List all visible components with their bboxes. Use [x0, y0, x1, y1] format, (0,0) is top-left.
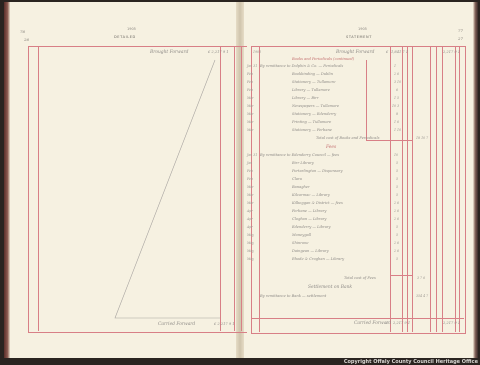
row-amount: 3 10 — [394, 80, 401, 84]
copyright-watermark: Copyright Offaly County Council Heritage… — [344, 359, 478, 365]
row-date: Feb — [247, 80, 253, 84]
row-amount: 1 — [394, 64, 396, 68]
row-amount: 5 — [396, 225, 398, 229]
subtotal-amount: 3 7 6 — [417, 276, 425, 280]
column-line — [407, 46, 408, 332]
row-desc: Stationery — Ferbane — [292, 128, 332, 132]
row-amount: 2 6 — [394, 217, 399, 221]
column-line — [442, 46, 443, 332]
row-amount: 1 10 — [394, 128, 401, 132]
row-date: Jan — [247, 161, 252, 165]
row-amount: 5 — [396, 161, 398, 165]
total-rule — [251, 318, 464, 319]
carried-forward-total: 2,217 9 1 — [443, 321, 460, 325]
column-line — [459, 46, 460, 332]
row-desc: Newspapers — Tullamore — [292, 104, 339, 108]
subtotal-box-line — [366, 60, 367, 140]
page-number: 77 — [458, 28, 463, 33]
column-line — [412, 46, 413, 332]
row-date: Apr — [247, 225, 253, 229]
carried-forward-amount: £ 2,217 9 1 — [214, 322, 235, 326]
row-date: Feb — [247, 88, 253, 92]
column-line — [436, 46, 437, 332]
row-desc: Stationery — Edenderry — [292, 112, 336, 116]
row-date: Apr — [247, 217, 253, 221]
row-amount: 5 — [396, 233, 398, 237]
row-date: Mar — [247, 112, 254, 116]
row-date: Mar — [247, 201, 254, 205]
subtotal-box-line — [390, 170, 391, 275]
row-desc: Daingean — Library — [292, 249, 329, 253]
row-date: Mar — [247, 193, 254, 197]
row-desc: Banagher — [292, 185, 310, 189]
row-desc: By remittance to Dolphin & Co. — Periodi… — [260, 64, 343, 68]
row-amount: 5 — [396, 177, 398, 181]
row-amount: 354 4 7 — [416, 294, 428, 298]
carried-forward-label: Carried Forward — [158, 322, 195, 327]
row-amount: 2 6 — [394, 72, 399, 76]
row-date: Jan 31 — [247, 64, 257, 68]
row-desc: Stationery — Tullamore — [292, 80, 335, 84]
row-desc: Kilcormac — Library — [292, 193, 330, 197]
row-desc: Cloghan — Library — [292, 217, 326, 221]
row-date: Jan 31 — [247, 153, 257, 157]
row-date: Mar — [247, 104, 254, 108]
row-desc: Portarlington — Dispensary — [292, 169, 343, 173]
row-amount: 5 — [396, 169, 398, 173]
row-desc: Rhode & Croghan — Library — [292, 257, 344, 261]
row-date: May — [247, 257, 254, 261]
section-heading: Fees — [326, 145, 336, 150]
date-column-line — [259, 46, 260, 332]
left-page: 76 26 1905 DETAILED Brought Forward £ 2,… — [10, 2, 236, 358]
row-date: Feb — [247, 72, 253, 76]
column-line — [402, 46, 403, 332]
ledger-frame — [251, 46, 466, 334]
subtotal-amount: 18 10 7 — [416, 136, 428, 140]
subtotal-box-line — [366, 140, 412, 141]
brought-forward-total: 2,217 9 1 — [443, 50, 460, 54]
subtotal-label: Total cost of Books and Periodicals — [316, 136, 379, 140]
page-header: STATEMENT — [346, 35, 372, 39]
row-desc: Shinrone — [292, 241, 309, 245]
section-heading: Settlement on Bank — [308, 285, 352, 290]
row-date: Mar — [247, 128, 254, 132]
row-date: May — [247, 249, 254, 253]
row-amount: 2 6 — [394, 209, 399, 213]
row-desc: Edenderry — Library — [292, 225, 331, 229]
row-amount: 6 — [396, 88, 398, 92]
ledger-spread: 76 26 1905 DETAILED Brought Forward £ 2,… — [4, 2, 478, 358]
row-date: May — [247, 241, 254, 245]
row-amount: 2 6 — [394, 201, 399, 205]
row-date: May — [247, 233, 254, 237]
row-date: Feb — [247, 177, 253, 181]
row-desc: Printing — Tullamore — [292, 120, 331, 124]
subtotal-label: Total cost of Fees — [344, 276, 376, 280]
row-amount: 10 3 — [392, 104, 399, 108]
subtotal-box-line — [390, 275, 412, 276]
currency-symbol: £ — [386, 50, 388, 54]
row-amount: 5 — [396, 185, 398, 189]
cancellation-stroke — [10, 2, 236, 365]
row-date: Apr — [247, 209, 253, 213]
row-amount: 2 6 — [394, 241, 399, 245]
column-line — [430, 46, 431, 332]
carried-forward-amount: 2,217 9 1 — [393, 321, 410, 325]
row-desc: Birr Library — [292, 161, 314, 165]
brought-forward-label: Brought Forward — [336, 50, 374, 55]
row-date: Mar — [247, 185, 254, 189]
row-amount: 5 — [396, 257, 398, 261]
right-page: 1905 STATEMENT 77 27 1905 Brought Forwar… — [244, 2, 473, 358]
currency-symbol: £ — [386, 321, 388, 325]
row-desc: Library — Birr — [292, 96, 319, 100]
brought-forward-amount: 1,841 7 1 — [391, 50, 408, 54]
row-desc: By remittance to Bank — settlement — [260, 294, 326, 298]
row-desc: Bookbinding — Dublin — [292, 72, 333, 76]
row-date: Feb — [247, 169, 253, 173]
row-desc: Kilbeggan & District — fees — [292, 201, 343, 205]
row-desc: Clara — [292, 177, 302, 181]
row-desc: By remittance to Edenderry Council — fee… — [260, 153, 339, 157]
row-desc: Ferbane — Library — [292, 209, 326, 213]
row-amount: 2 6 — [394, 249, 399, 253]
row-amount: 10 — [394, 153, 398, 157]
row-amount: 5 — [396, 193, 398, 197]
book-binding-right — [473, 2, 478, 358]
row-amount: 1 5 — [394, 96, 399, 100]
row-amount: 8 — [396, 112, 398, 116]
page-year: 1905 — [358, 27, 367, 31]
row-date: Mar — [247, 96, 254, 100]
row-desc: Moneygall — [292, 233, 311, 237]
row-desc: Library — Tullamore — [292, 88, 330, 92]
page-sub-number: 27 — [458, 36, 463, 41]
row-date: Mar — [247, 120, 254, 124]
column-line — [241, 46, 242, 331]
row-amount: 1 6 — [394, 120, 399, 124]
section-heading: Books and Periodicals (continued) — [292, 57, 354, 61]
column-line — [455, 46, 456, 332]
